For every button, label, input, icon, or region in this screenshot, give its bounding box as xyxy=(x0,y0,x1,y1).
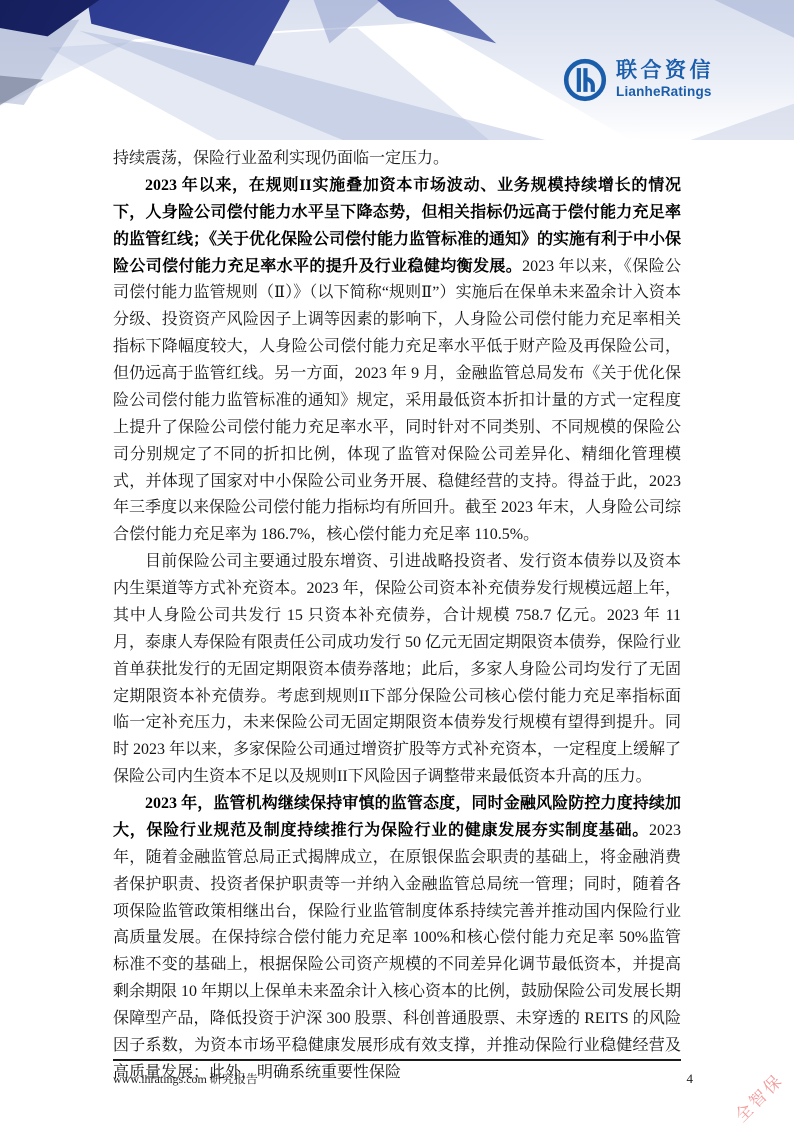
lianhe-ratings-logo: 联合资信 LianheRatings xyxy=(563,58,714,102)
logo-text: 联合资信 LianheRatings xyxy=(616,60,714,99)
paragraph-run: 2023 年以来，《保险公司偿付能力监管规则（Ⅱ）》（以下简称“规则Ⅱ”）实施后… xyxy=(113,258,681,544)
footer-divider xyxy=(113,1059,681,1061)
paragraph: 持续震荡，保险行业盈利实现仍面临一定压力。 xyxy=(113,146,681,173)
paragraph-bold-run: 2023 年，监管机构继续保持审慎的监管态度，同时金融风险防控力度持续加大，保险… xyxy=(113,795,681,839)
lianhe-logo-icon xyxy=(563,58,607,102)
footer-site-label: www.lhratings.com 研究报告 xyxy=(113,1070,258,1087)
paragraph-run: 持续震荡，保险行业盈利实现仍面临一定压力。 xyxy=(113,150,449,167)
paragraph-run: 目前保险公司主要通过股东增资、引进战略投资者、发行资本债券以及资本内生渠道等方式… xyxy=(113,553,681,785)
footer-row: www.lhratings.com 研究报告 4 xyxy=(113,1070,681,1087)
paragraph-run: 2023 年，随着金融监管总局正式揭牌成立，在原银保监会职责的基础上，将金融消费… xyxy=(113,822,681,1081)
logo-name-chinese: 联合资信 xyxy=(616,60,714,82)
body-text: 持续震荡，保险行业盈利实现仍面临一定压力。2023 年以来，在规则II实施叠加资… xyxy=(113,146,681,1087)
paragraph: 2023 年，监管机构继续保持审慎的监管态度，同时金融风险防控力度持续加大，保险… xyxy=(113,791,681,1087)
page-footer: www.lhratings.com 研究报告 4 xyxy=(113,1059,681,1087)
paragraph: 2023 年以来，在规则II实施叠加资本市场波动、业务规模持续增长的情况下，人身… xyxy=(113,173,681,549)
paragraph: 目前保险公司主要通过股东增资、引进战略投资者、发行资本债券以及资本内生渠道等方式… xyxy=(113,549,681,791)
watermark-text: 全智保 xyxy=(728,1066,788,1123)
page-number: 4 xyxy=(687,1071,694,1087)
document-page: 联合资信 LianheRatings 持续震荡，保险行业盈利实现仍面临一定压力。… xyxy=(0,0,794,1123)
logo-name-english: LianheRatings xyxy=(616,85,714,99)
